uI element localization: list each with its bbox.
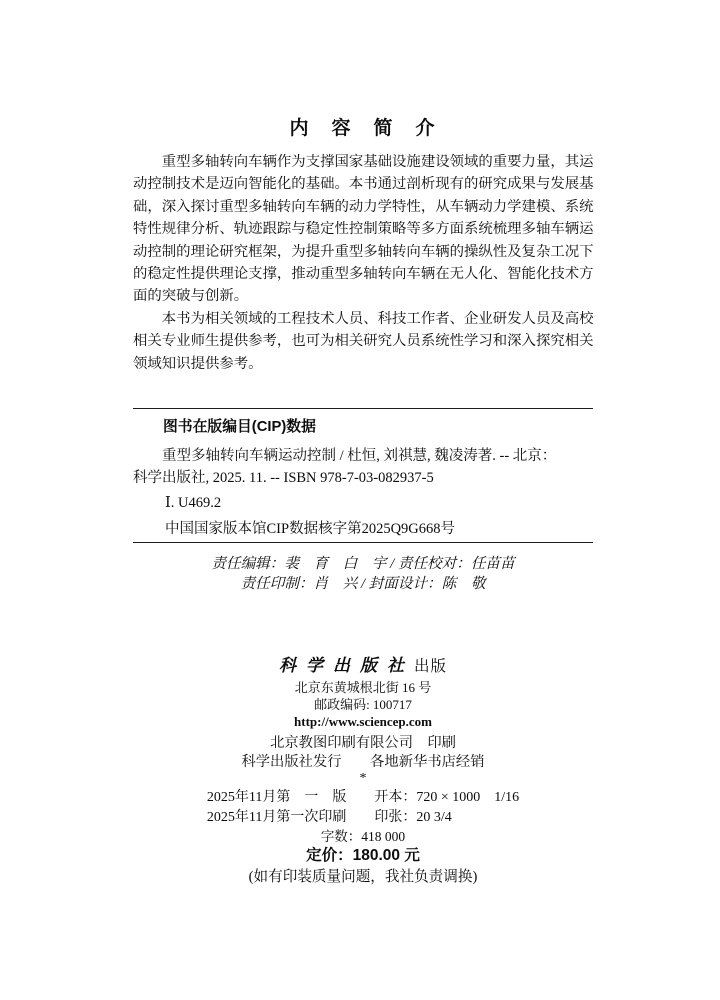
text-line: 动控制技术是迈向智能化的基础。本书通过剖析现有的研究成果与发展基 (133, 173, 593, 195)
text-line: 相关专业师生提供参考，也可为相关研究人员系统性学习和深入探究相关 (133, 330, 593, 352)
divider-line-bottom (133, 542, 593, 543)
text-line: 特性规律分析、轨迹跟踪与稳定性控制策略等多方面系统梳理多轴车辆运 (133, 218, 593, 240)
cip-record-number: 中国国家版本馆CIP数据核字第2025Q9G668号 (133, 518, 593, 540)
publish-suffix-label: 出版 (414, 658, 447, 675)
publisher-line: 科学出版社出版 (133, 654, 593, 679)
staff-credits-line: 责任编辑：裴 育 白 宇 / 责任校对：任苗苗 (133, 554, 593, 574)
text-line: 2025年11月第 一 版 开本：720 × 1000 1/16 (207, 788, 519, 808)
science-press-logo: 科学出版社 (279, 656, 414, 675)
edition-info: 2025年11月第 一 版 开本：720 × 1000 1/162025年11月… (133, 788, 593, 828)
edition-lines: 2025年11月第 一 版 开本：720 × 1000 1/162025年11月… (207, 788, 519, 828)
text-line: 2025年11月第一次印刷 印张：20 3/4 (207, 808, 519, 828)
intro-paragraphs: 重型多轴转向车辆作为支撑国家基础设施建设领域的重要力量，其运动控制技术是迈向智能… (133, 151, 593, 375)
cip-entry: 重型多轴转向车辆运动控制 / 杜恒, 刘祺慧, 魏凌涛著. -- 北京：科学出版… (133, 445, 593, 489)
publisher-address: 北京东黄城根北街 16 号 (133, 679, 593, 696)
book-copyright-page: 内 容 简 介 重型多轴转向车辆作为支撑国家基础设施建设领域的重要力量，其运动控… (0, 0, 720, 1000)
text-line: 领域知识提供参考。 (133, 353, 593, 375)
exchange-note: (如有印装质量问题，我社负责调换) (133, 867, 593, 888)
text-line: 动控制的理论研究框架，为提升重型多轴转向车辆的操纵性及复杂工况下 (133, 241, 593, 263)
text-line: 科学出版社, 2025. 11. -- ISBN 978-7-03-082937… (133, 467, 593, 489)
text-line: 重型多轴转向车辆运动控制 / 杜恒, 刘祺慧, 魏凌涛著. -- 北京： (133, 445, 593, 467)
text-line: 础，深入探讨重型多轴转向车辆的动力学特性，从车辆动力学建模、系统 (133, 196, 593, 218)
publication-block: 科学出版社出版 北京东黄城根北街 16 号 邮政编码: 100717 http:… (133, 654, 593, 888)
staff-credits: 责任编辑：裴 育 白 宇 / 责任校对：任苗苗 责任印制：肖 兴 / 封面设计：… (133, 554, 593, 594)
text-line: 面的突破与创新。 (133, 285, 593, 307)
page-title: 内 容 简 介 (133, 118, 593, 140)
price: 定价：180.00 元 (133, 845, 593, 867)
staff-credits-line: 责任印制：肖 兴 / 封面设计：陈 敬 (133, 574, 593, 594)
text-line: 重型多轴转向车辆作为支撑国家基础设施建设领域的重要力量，其运 (133, 151, 593, 173)
distribution-line: 科学出版社发行 各地新华书店经销 (133, 753, 593, 772)
publisher-website: http://www.sciencep.com (133, 713, 593, 730)
word-count: 字数：418 000 (133, 828, 593, 845)
divider-line-top (133, 408, 593, 409)
star-divider: * (133, 772, 593, 786)
cip-classification-number: Ⅰ. U469.2 (133, 492, 593, 514)
page-content: 内 容 简 介 重型多轴转向车辆作为支撑国家基础设施建设领域的重要力量，其运动控… (133, 0, 593, 888)
text-line: 本书为相关领域的工程技术人员、科技工作者、企业研发人员及高校 (133, 308, 593, 330)
publisher-postcode: 邮政编码: 100717 (133, 696, 593, 713)
printer-line: 北京教图印刷有限公司 印刷 (133, 734, 593, 753)
text-line: 的稳定性提供理论支撑，推动重型多轴转向车辆在无人化、智能化技术方 (133, 263, 593, 285)
cip-header: 图书在版编目(CIP)数据 (133, 416, 593, 438)
